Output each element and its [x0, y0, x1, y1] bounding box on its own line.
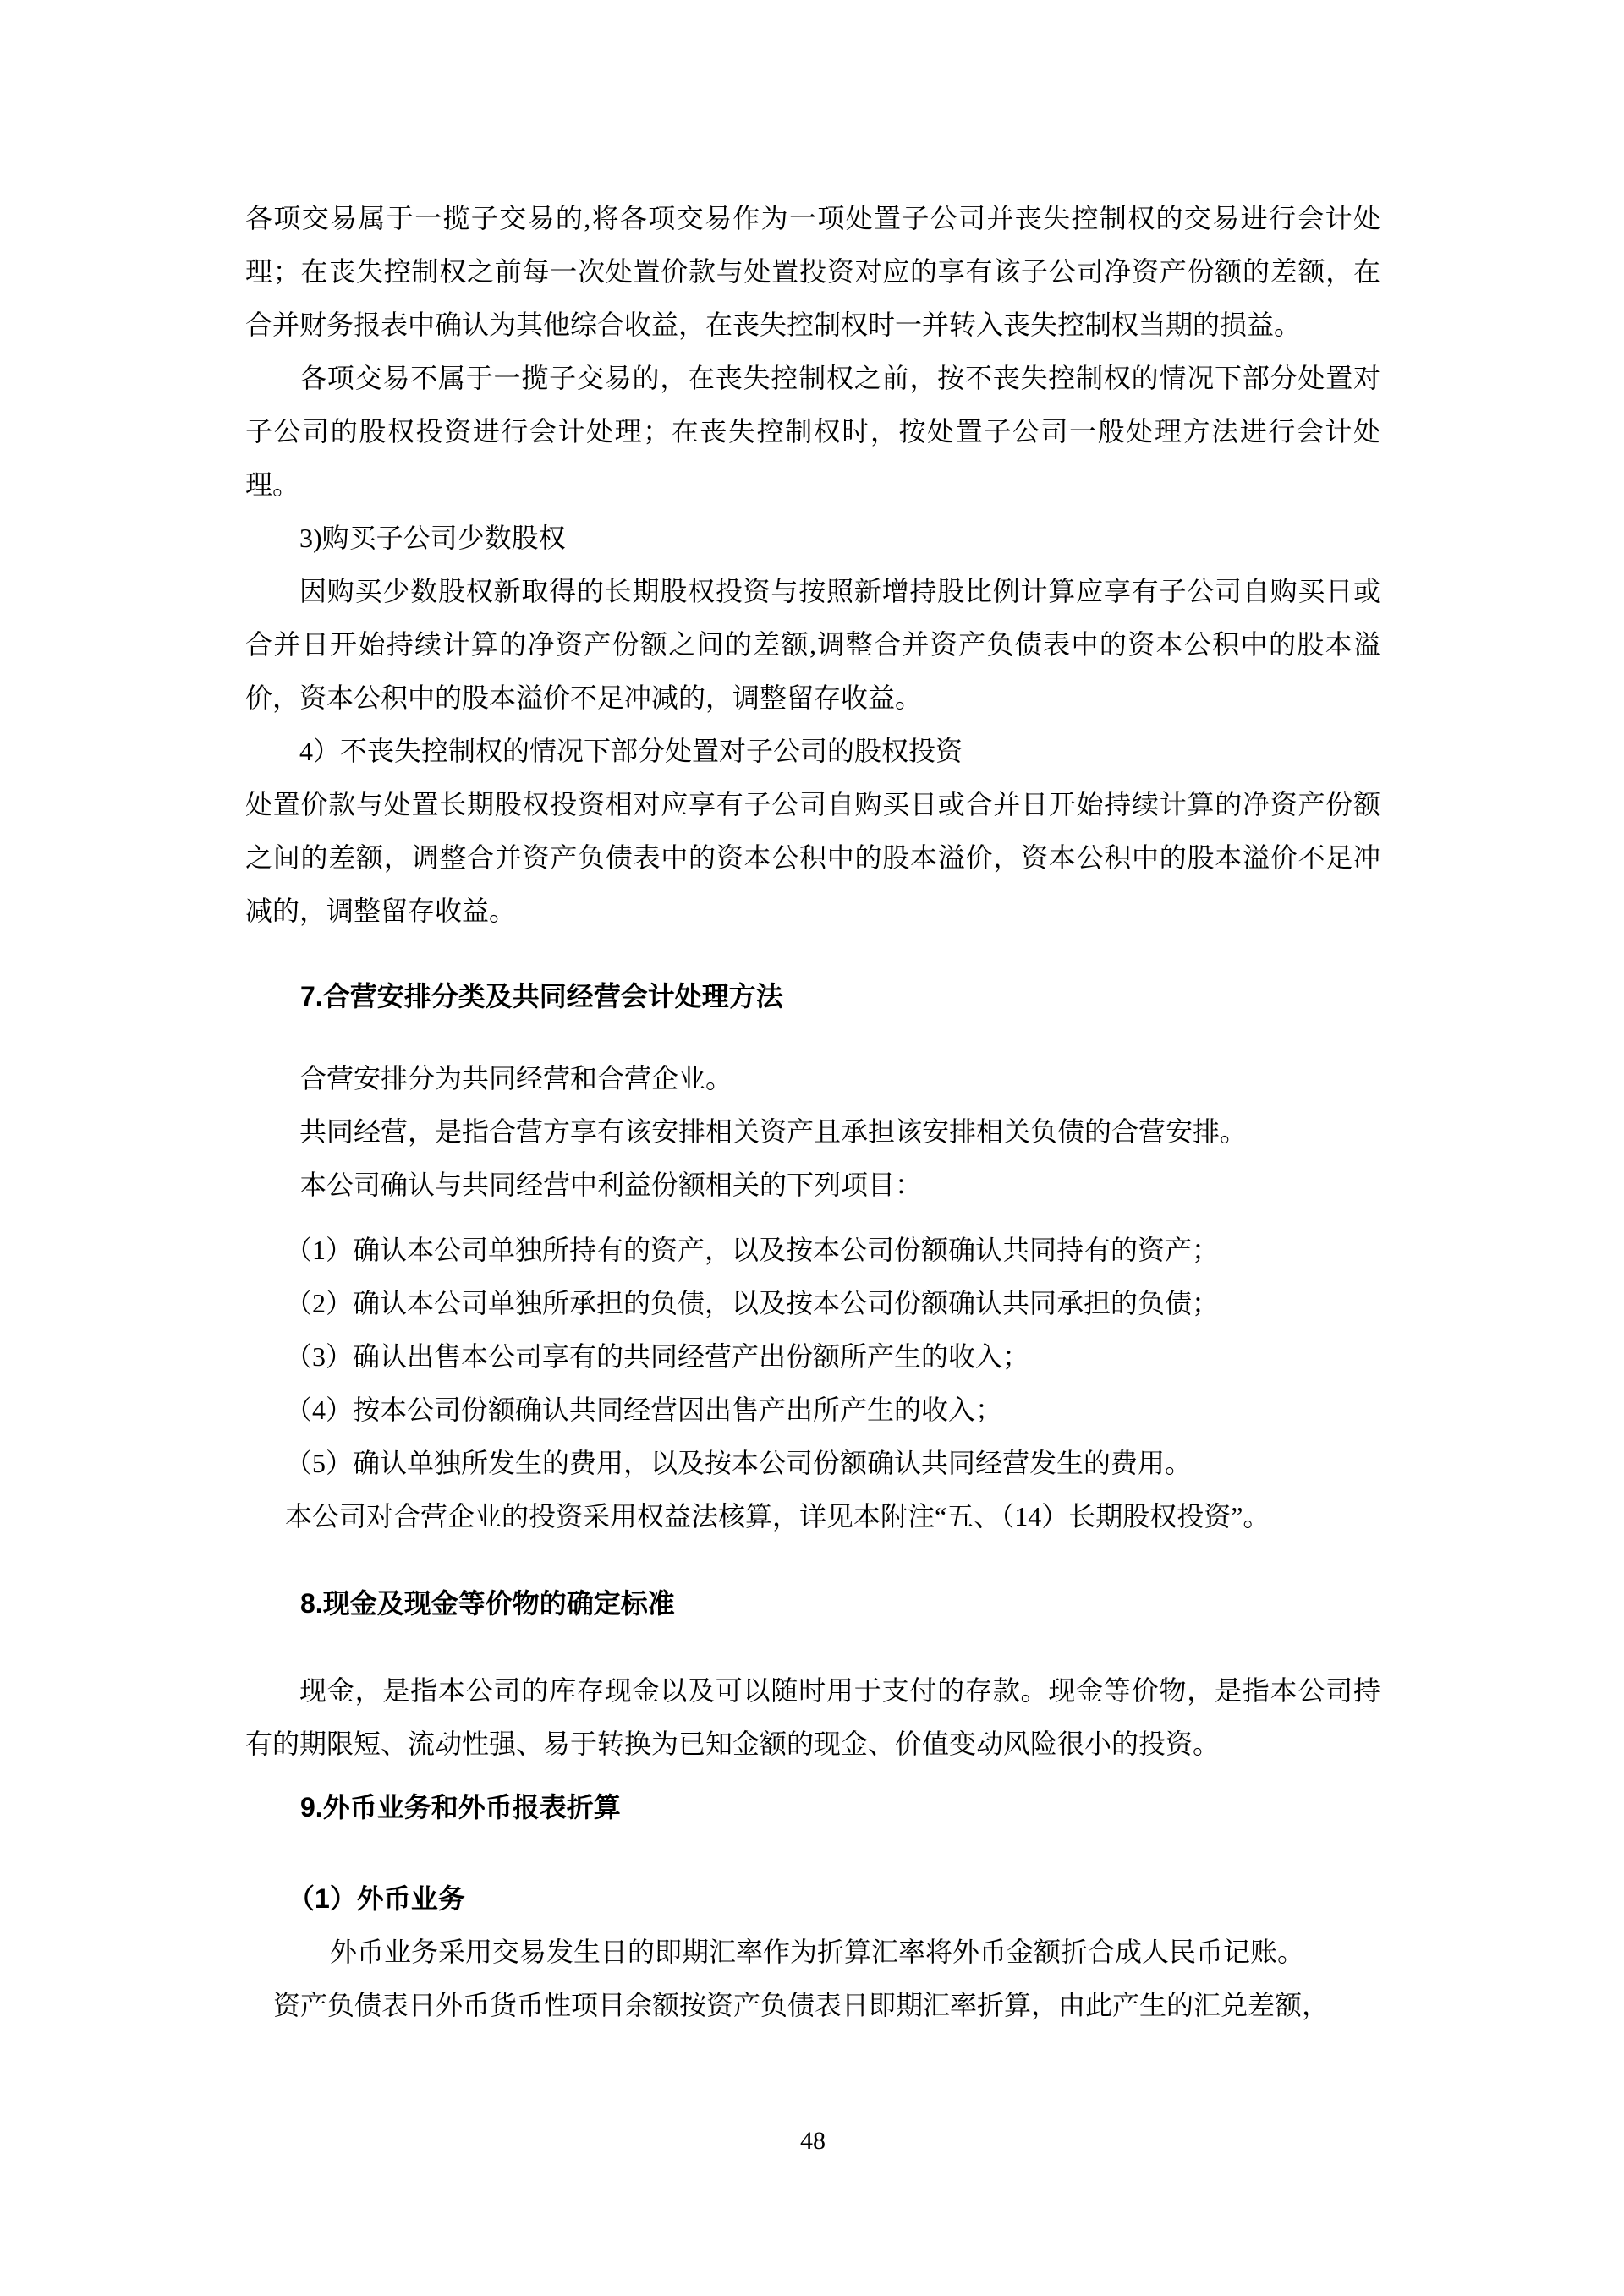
paragraph-joint-venture-equity-method: 本公司对合营企业的投资采用权益法核算，详见本附注“五、（14）长期股权投资”。 [245, 1490, 1380, 1543]
paragraph-minority-equity: 因购买少数股权新取得的长期股权投资与按照新增持股比例计算应享有子公司自购买日或合… [245, 565, 1380, 725]
paragraph-disposal-nonbundle: 各项交易不属于一揽子交易的，在丧失控制权之前，按不丧失控制权的情况下部分处置对子… [245, 352, 1380, 512]
paragraph-partial-disposal: 处置价款与处置长期股权投资相对应享有子公司自购买日或合并日开始持续计算的净资产份… [245, 778, 1380, 938]
item-4-partial-disposal: 4）不丧失控制权的情况下部分处置对子公司的股权投资 [245, 725, 1380, 778]
document-body: 各项交易属于一揽子交易的,将各项交易作为一项处置子公司并丧失控制权的交易进行会计… [245, 192, 1380, 2032]
paragraph-cash-definition: 现金，是指本公司的库存现金以及可以随时用于支付的存款。现金等价物，是指本公司持有… [245, 1664, 1380, 1771]
list-item-1-assets: （1）确认本公司单独所持有的资产，以及按本公司份额确认共同持有的资产； [245, 1224, 1380, 1277]
section-heading-8-cash-equivalents: 8.现金及现金等价物的确定标准 [245, 1577, 1380, 1630]
paragraph-disposal-bundle: 各项交易属于一揽子交易的,将各项交易作为一项处置子公司并丧失控制权的交易进行会计… [245, 192, 1380, 352]
list-item-4-revenue-output-sale: （4）按本公司份额确认共同经营因出售产出所产生的收入； [245, 1384, 1380, 1437]
page-number: 48 [245, 2124, 1380, 2158]
sub-heading-1-foreign-currency-business: （1）外币业务 [245, 1872, 1380, 1926]
document-page: 各项交易属于一揽子交易的,将各项交易作为一项处置子公司并丧失控制权的交易进行会计… [0, 0, 1624, 2296]
item-3-buy-minority-equity: 3)购买子公司少数股权 [245, 512, 1380, 565]
paragraph-foreign-currency-spot-rate: 外币业务采用交易发生日的即期汇率作为折算汇率将外币金额折合成人民币记账。 [245, 1926, 1380, 1979]
paragraph-joint-operation-definition: 共同经营，是指合营方享有该安排相关资产且承担该安排相关负债的合营安排。 [245, 1105, 1380, 1159]
list-item-3-revenue-share-sale: （3）确认出售本公司享有的共同经营产出份额所产生的收入； [245, 1330, 1380, 1384]
paragraph-joint-operation-items-intro: 本公司确认与共同经营中利益份额相关的下列项目： [245, 1159, 1380, 1212]
list-item-5-expenses: （5）确认单独所发生的费用，以及按本公司份额确认共同经营发生的费用。 [245, 1437, 1380, 1490]
list-item-2-liabilities: （2）确认本公司单独所承担的负债，以及按本公司份额确认共同承担的负债； [245, 1277, 1380, 1330]
paragraph-balance-sheet-date-translation: 资产负债表日外币货币性项目余额按资产负债表日即期汇率折算，由此产生的汇兑差额， [245, 1979, 1380, 2032]
section-heading-9-foreign-currency: 9.外币业务和外币报表折算 [245, 1781, 1380, 1834]
section-heading-7-joint-arrangement: 7.合营安排分类及共同经营会计处理方法 [245, 970, 1380, 1023]
paragraph-joint-arrangement-types: 合营安排分为共同经营和合营企业。 [245, 1052, 1380, 1105]
